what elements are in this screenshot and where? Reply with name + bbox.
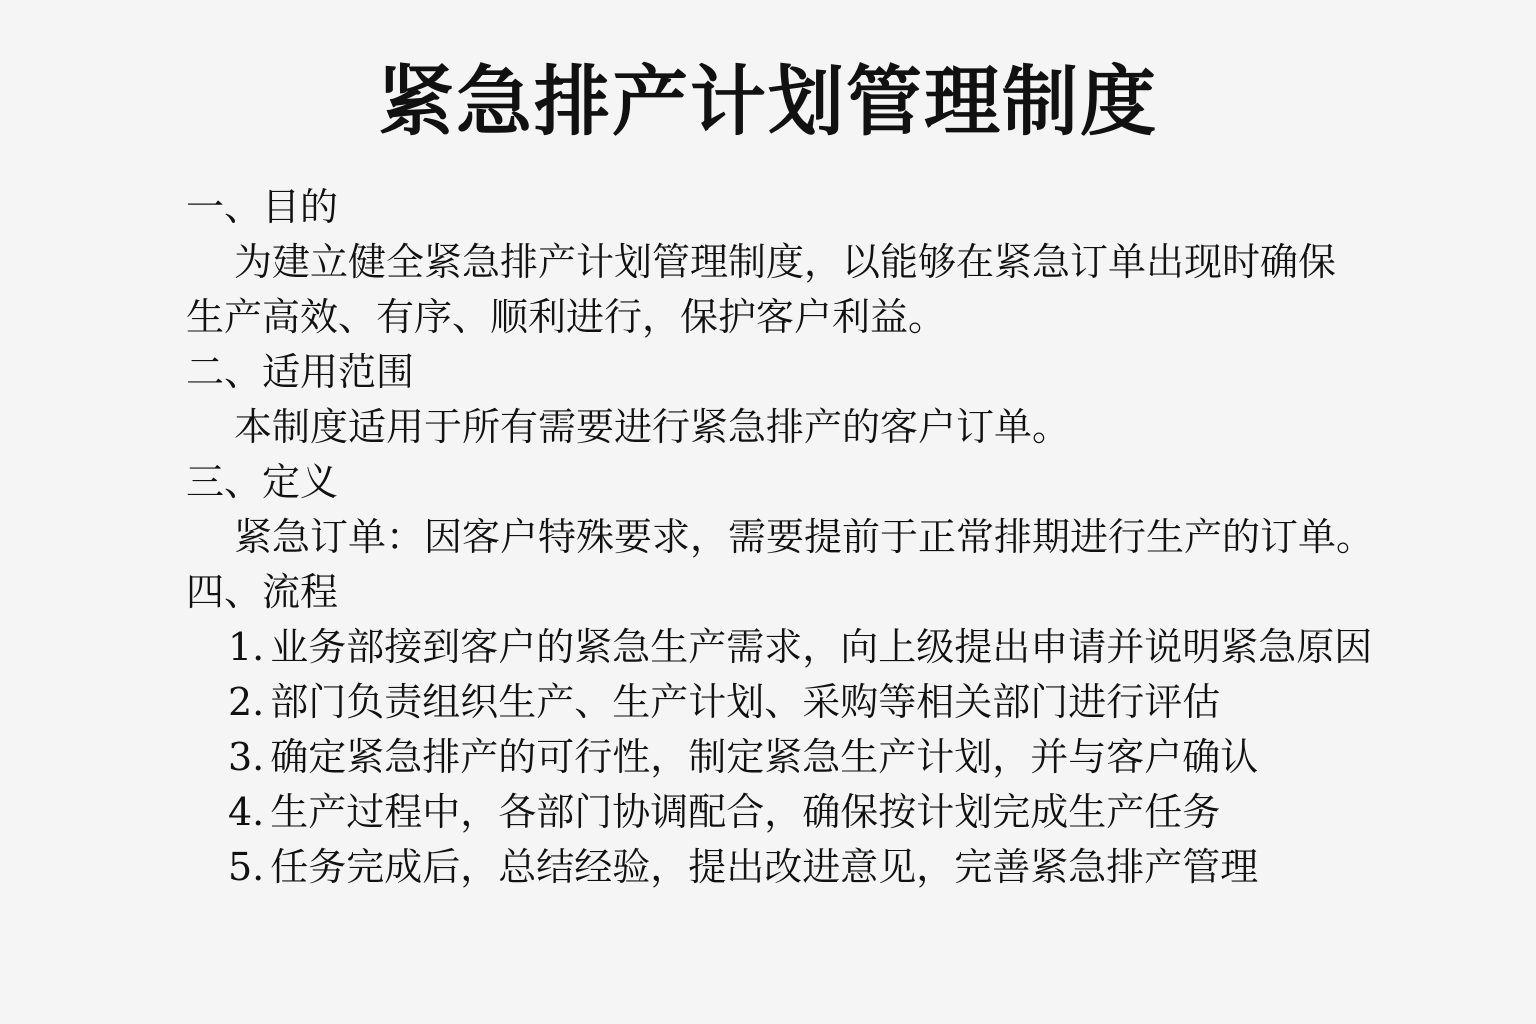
- step-number: 2.: [228, 675, 264, 730]
- document-title: 紧急排产计划管理制度: [0, 52, 1536, 152]
- process-step: 4.生产过程中，各部门协调配合，确保按计划完成生产任务: [186, 785, 1406, 840]
- step-number: 5.: [228, 840, 264, 895]
- step-number: 1.: [228, 620, 264, 675]
- step-text: 任务完成后，总结经验，提出改进意见，完善紧急排产管理: [270, 845, 1258, 889]
- document-body: 一、目的 为建立健全紧急排产计划管理制度，以能够在紧急订单出现时确保 生产高效、…: [186, 180, 1406, 895]
- definition-paragraph: 紧急订单：因客户特殊要求，需要提前于正常排期进行生产的订单。: [186, 510, 1406, 565]
- purpose-paragraph-line-2: 生产高效、有序、顺利进行，保护客户利益。: [186, 290, 1406, 345]
- process-step: 3.确定紧急排产的可行性，制定紧急生产计划，并与客户确认: [186, 730, 1406, 785]
- scope-paragraph: 本制度适用于所有需要进行紧急排产的客户订单。: [186, 400, 1406, 455]
- step-text: 确定紧急排产的可行性，制定紧急生产计划，并与客户确认: [270, 735, 1258, 779]
- step-text: 生产过程中，各部门协调配合，确保按计划完成生产任务: [270, 790, 1220, 834]
- process-step: 5.任务完成后，总结经验，提出改进意见，完善紧急排产管理: [186, 840, 1406, 895]
- process-step: 1.业务部接到客户的紧急生产需求，向上级提出申请并说明紧急原因: [186, 620, 1406, 675]
- section-heading-scope: 二、适用范围: [186, 345, 1406, 400]
- step-number: 4.: [228, 785, 264, 840]
- step-number: 3.: [228, 730, 264, 785]
- section-heading-process: 四、流程: [186, 565, 1406, 620]
- purpose-paragraph-line-1: 为建立健全紧急排产计划管理制度，以能够在紧急订单出现时确保: [186, 235, 1406, 290]
- step-text: 部门负责组织生产、生产计划、采购等相关部门进行评估: [270, 680, 1220, 724]
- process-step: 2.部门负责组织生产、生产计划、采购等相关部门进行评估: [186, 675, 1406, 730]
- section-heading-definition: 三、定义: [186, 455, 1406, 510]
- section-heading-purpose: 一、目的: [186, 180, 1406, 235]
- step-text: 业务部接到客户的紧急生产需求，向上级提出申请并说明紧急原因: [270, 625, 1372, 669]
